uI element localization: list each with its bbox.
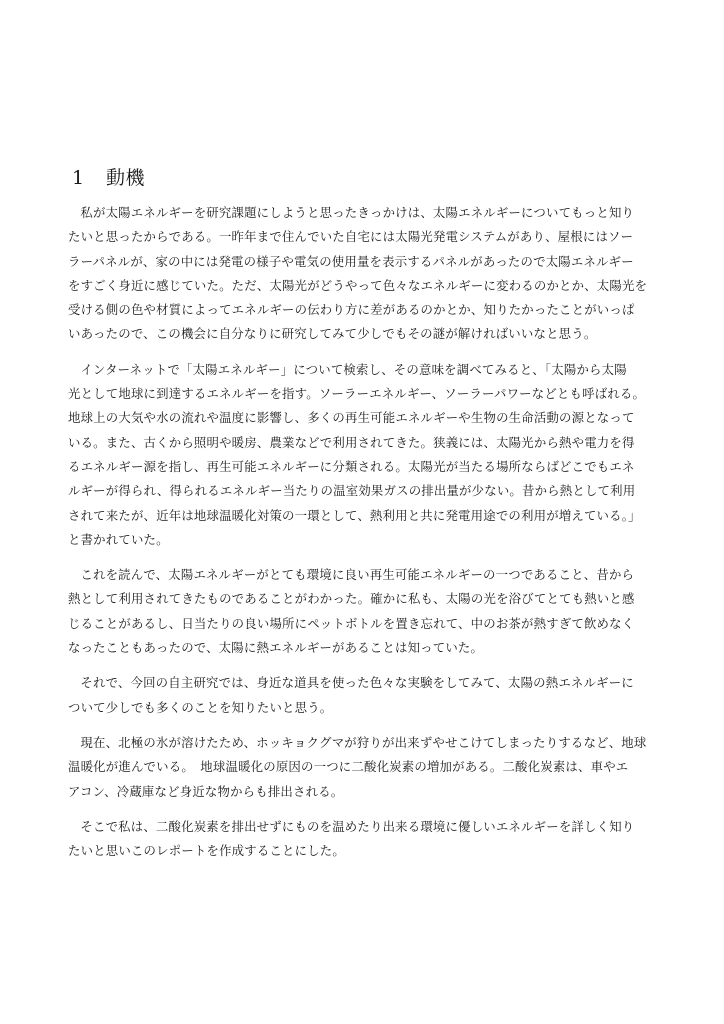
text-line: をすごく身近に感じていた。ただ、太陽光がどうやって色々なエネルギーに変わるのかと…: [56, 274, 660, 298]
paragraph-research-goal: それで、今回の自主研究では、身近な道具を使った色々な実験をしてみて、太陽の熱エネ…: [68, 671, 660, 720]
paragraph-reflection: これを読んで、太陽エネルギーがとても環境に良い再生可能エネルギーの一つであること…: [68, 563, 660, 660]
text-line: るエネルギー源を指し、再生可能エネルギーに分類される。太陽光が当たる場所ならばど…: [56, 455, 660, 479]
text-line: インターネットで「太陽エネルギー」について検索し、その意味を調べてみると、「太陽…: [68, 358, 660, 382]
text-line: 私が太陽エネルギーを研究課題にしようと思ったきっかけは、太陽エネルギーについても…: [68, 201, 660, 225]
document-page: 1動機 私が太陽エネルギーを研究課題にしようと思ったきっかけは、太陽エネルギーに…: [0, 0, 724, 1024]
text-line: じることがあるし、日当たりの良い場所にペットボトルを置き忘れて、中のお茶が熱すぎ…: [56, 612, 660, 636]
text-line: たいと思いこのレポートを作成することにした。: [56, 839, 660, 863]
text-line: それで、今回の自主研究では、身近な道具を使った色々な実験をしてみて、太陽の熱エネ…: [68, 671, 660, 695]
paragraph-global-warming: 現在、北極の氷が溶けたため、ホッキョクグマが狩りが出来ずやせこけてしまったりする…: [68, 731, 660, 804]
text-line: 熱として利用されてきたものであることがわかった。確かに私も、太陽の光を浴びてとて…: [56, 587, 660, 611]
text-line: されて来たが、近年は地球温暖化対策の一環として、熱利用と共に発電用途での利用が増…: [56, 504, 660, 528]
text-line: 受ける側の色や材質によってエネルギーの伝わり方に差があるのかとか、知りたかったこ…: [56, 298, 660, 322]
paragraph-definition-quote: インターネットで「太陽エネルギー」について検索し、その意味を調べてみると、「太陽…: [68, 358, 660, 552]
text-line: アコン、冷蔵庫など身近な物からも排出される。: [56, 780, 660, 804]
text-line: 現在、北極の氷が溶けたため、ホッキョクグマが狩りが出来ずやせこけてしまったりする…: [68, 731, 660, 755]
section-title: 動機: [106, 167, 145, 189]
text-line: いあったので、この機会に自分なりに研究してみて少しでもその謎が解ければいいなと思…: [56, 322, 660, 346]
text-line: たいと思ったからである。一昨年まで住んでいた自宅には太陽光発電システムがあり、屋…: [56, 225, 660, 249]
text-line: ついて少しでも多くのことを知りたいと思う。: [56, 696, 660, 720]
text-line: なったこともあったので、太陽に熱エネルギーがあることは知っていた。: [56, 636, 660, 660]
section-number: 1: [72, 167, 106, 189]
text-line: いる。また、古くから照明や暖房、農業などで利用されてきた。狭義には、太陽光から熱…: [56, 431, 660, 455]
paragraph-motivation: 私が太陽エネルギーを研究課題にしようと思ったきっかけは、太陽エネルギーについても…: [68, 201, 660, 347]
section-heading: 1動機: [72, 163, 145, 190]
text-line: と書かれていた。: [56, 528, 660, 552]
paragraph-conclusion: そこで私は、二酸化炭素を排出せずにものを温めたり出来る環境に優しいエネルギーを詳…: [68, 815, 660, 864]
text-line: 光として地球に到達するエネルギーを指す。ソーラーエネルギー、ソーラーパワーなどと…: [56, 382, 660, 406]
text-line: ルギーが得られ、得られるエネルギー当たりの温室効果ガスの排出量が少ない。昔から熱…: [56, 479, 660, 503]
section-body: 私が太陽エネルギーを研究課題にしようと思ったきっかけは、太陽エネルギーについても…: [68, 201, 660, 874]
text-line: そこで私は、二酸化炭素を排出せずにものを温めたり出来る環境に優しいエネルギーを詳…: [68, 815, 660, 839]
text-line: 地球上の大気や水の流れや温度に影響し、多くの再生可能エネルギーや生物の生命活動の…: [56, 406, 660, 430]
text-line: これを読んで、太陽エネルギーがとても環境に良い再生可能エネルギーの一つであること…: [68, 563, 660, 587]
text-line: 温暖化が進んでいる。 地球温暖化の原因の一つに二酸化炭素の増加がある。二酸化炭素…: [56, 755, 660, 779]
text-line: ラーパネルが、家の中には発電の様子や電気の使用量を表示するパネルがあったので太陽…: [56, 250, 660, 274]
